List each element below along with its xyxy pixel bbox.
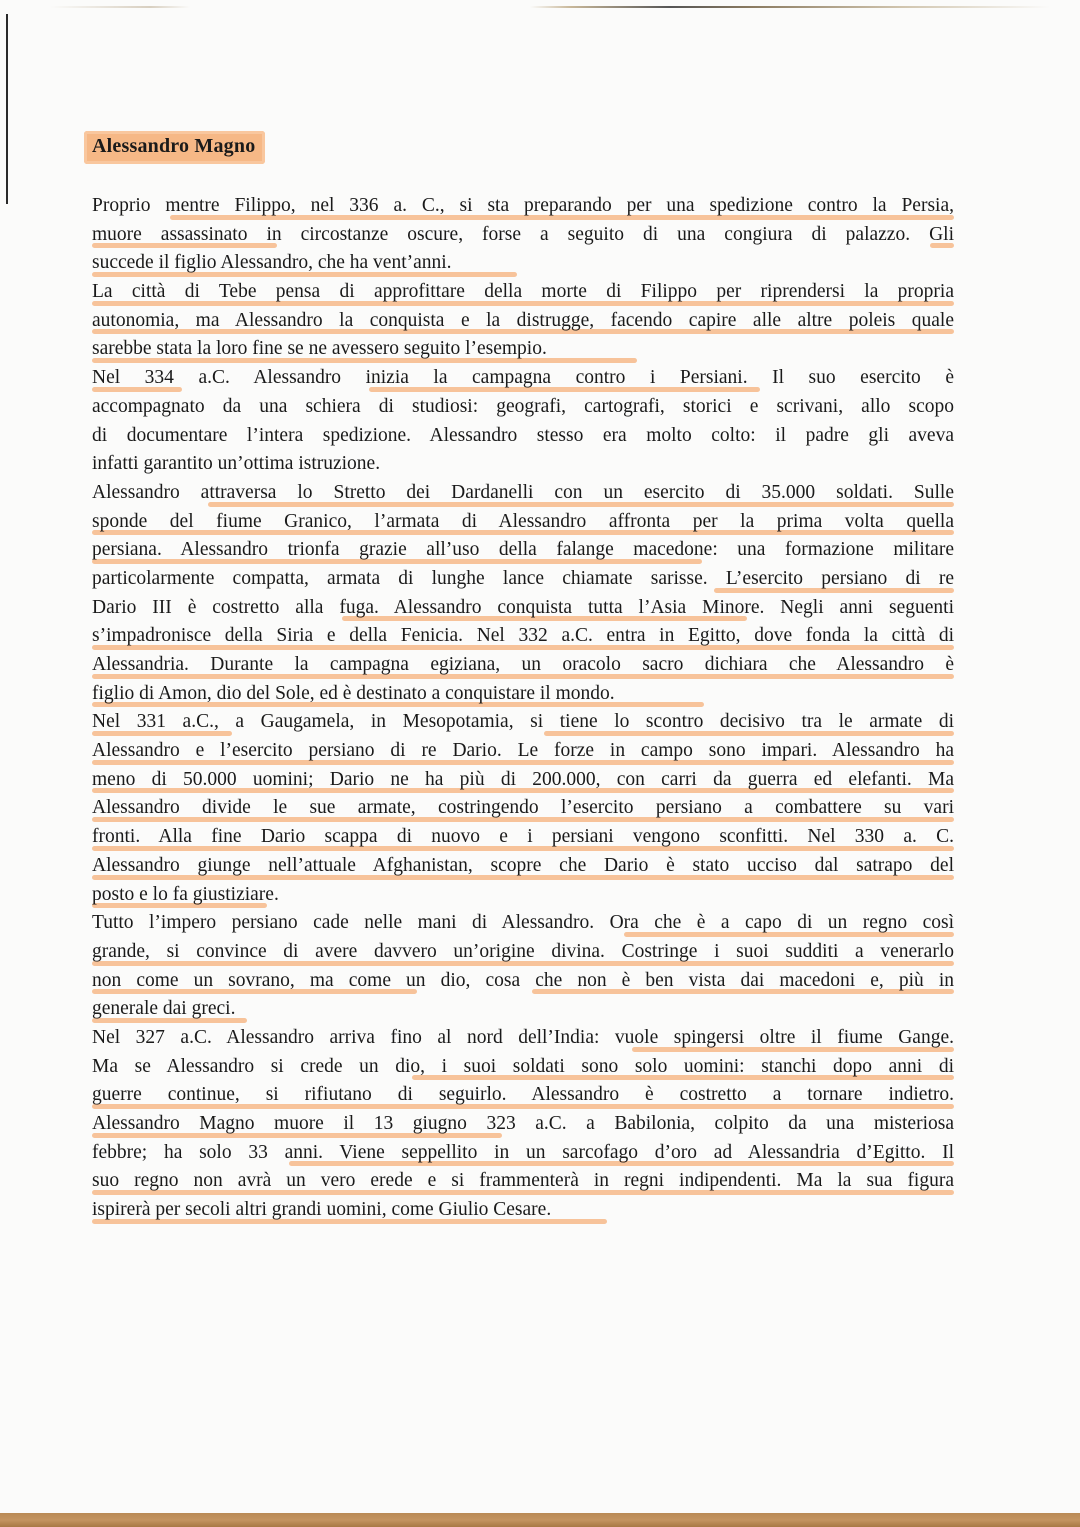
text-line: Nel 327 a.C. Alessandro arriva fino al n… <box>92 1024 954 1053</box>
text-line: guerre continue, si rifiutano di seguirl… <box>92 1081 954 1110</box>
text-line: La città di Tebe pensa di approfittare d… <box>92 278 954 307</box>
text-line: particolarmente compatta, armata di lung… <box>92 565 954 594</box>
text-line-content: Dario III è costretto alla fuga. Alessan… <box>92 594 954 623</box>
text-line: ispirerà per secoli altri grandi uomini,… <box>92 1196 954 1225</box>
text-line: febbre; ha solo 33 anni. Viene seppellit… <box>92 1139 954 1168</box>
text-line: sarebbe stata la loro fine se ne avesser… <box>92 335 954 364</box>
text-line: accompagnato da una schiera di studiosi:… <box>92 393 954 422</box>
text-line: figlio di Amon, dio del Sole, ed è desti… <box>92 680 954 709</box>
text-line: meno di 50.000 uomini; Dario ne ha più d… <box>92 766 954 795</box>
document-title: Alessandro Magno <box>84 131 265 164</box>
text-line-content: Proprio mentre Filippo, nel 336 a. C., s… <box>92 192 954 221</box>
text-line: suo regno non avrà un vero erede e si fr… <box>92 1167 954 1196</box>
text-line-content: grande, si convince di avere davvero un’… <box>92 938 954 967</box>
text-line: grande, si convince di avere davvero un’… <box>92 938 954 967</box>
text-line-content: suo regno non avrà un vero erede e si fr… <box>92 1167 954 1196</box>
text-line: posto e lo fa giustiziare. <box>92 881 954 910</box>
text-line-content: persiana. Alessandro trionfa grazie all’… <box>92 536 954 565</box>
text-line-content: s’impadronisce della Siria e della Fenic… <box>92 622 954 651</box>
text-line-content: Nel 331 a.C., a Gaugamela, in Mesopotami… <box>92 708 954 737</box>
text-line-content: ispirerà per secoli altri grandi uomini,… <box>92 1196 954 1225</box>
text-line: Ma se Alessandro si crede un dio, i suoi… <box>92 1053 954 1082</box>
document-page: Alessandro Magno Proprio mentre Filippo,… <box>0 0 1080 1527</box>
text-line-content: Alessandro attraversa lo Stretto dei Dar… <box>92 479 954 508</box>
text-line-content: Alessandro divide le sue armate, costrin… <box>92 794 954 823</box>
text-line: fronti. Alla fine Dario scappa di nuovo … <box>92 823 954 852</box>
text-line-content: Alessandro giunge nell’attuale Afghanist… <box>92 852 954 881</box>
document-body: Proprio mentre Filippo, nel 336 a. C., s… <box>92 192 954 1225</box>
page-bottom-edge <box>0 1513 1080 1527</box>
text-line-content: La città di Tebe pensa di approfittare d… <box>92 278 954 307</box>
text-line: Alessandria. Durante la campagna egizian… <box>92 651 954 680</box>
text-line: Alessandro divide le sue armate, costrin… <box>92 794 954 823</box>
text-line-content: succede il figlio Alessandro, che ha ven… <box>92 249 954 278</box>
text-line-content: Alessandro Magno muore il 13 giugno 323 … <box>92 1110 954 1139</box>
text-line-content: Alessandria. Durante la campagna egizian… <box>92 651 954 680</box>
text-line-content: generale dai greci. <box>92 995 954 1024</box>
text-line-content: posto e lo fa giustiziare. <box>92 881 954 910</box>
text-line: s’impadronisce della Siria e della Fenic… <box>92 622 954 651</box>
text-line-content: muore assassinato in circostanze oscure,… <box>92 221 954 250</box>
text-line-content: di documentare l’intera spedizione. Ales… <box>92 422 954 451</box>
text-line-content: Ma se Alessandro si crede un dio, i suoi… <box>92 1053 954 1082</box>
text-line-content: non come un sovrano, ma come un dio, cos… <box>92 967 954 996</box>
text-line-content: fronti. Alla fine Dario scappa di nuovo … <box>92 823 954 852</box>
text-line: non come un sovrano, ma come un dio, cos… <box>92 967 954 996</box>
text-line: Proprio mentre Filippo, nel 336 a. C., s… <box>92 192 954 221</box>
text-line-content: autonomia, ma Alessandro la conquista e … <box>92 307 954 336</box>
text-line-content: sarebbe stata la loro fine se ne avesser… <box>92 335 954 364</box>
text-line: Dario III è costretto alla fuga. Alessan… <box>92 594 954 623</box>
page-left-edge <box>6 14 8 204</box>
text-line: infatti garantito un’ottima istruzione. <box>92 450 954 479</box>
text-line: Alessandro e l’esercito persiano di re D… <box>92 737 954 766</box>
text-line: Alessandro Magno muore il 13 giugno 323 … <box>92 1110 954 1139</box>
text-line: Nel 334 a.C. Alessandro inizia la campag… <box>92 364 954 393</box>
page-top-edge <box>50 6 1050 8</box>
text-line: muore assassinato in circostanze oscure,… <box>92 221 954 250</box>
text-line: Alessandro attraversa lo Stretto dei Dar… <box>92 479 954 508</box>
text-line-content: guerre continue, si rifiutano di seguirl… <box>92 1081 954 1110</box>
text-line-content: febbre; ha solo 33 anni. Viene seppellit… <box>92 1139 954 1168</box>
text-line-content: infatti garantito un’ottima istruzione. <box>92 450 954 479</box>
text-line-content: sponde del fiume Granico, l’armata di Al… <box>92 508 954 537</box>
text-line: autonomia, ma Alessandro la conquista e … <box>92 307 954 336</box>
text-line: Nel 331 a.C., a Gaugamela, in Mesopotami… <box>92 708 954 737</box>
text-line-content: Nel 334 a.C. Alessandro inizia la campag… <box>92 364 954 393</box>
text-line: di documentare l’intera spedizione. Ales… <box>92 422 954 451</box>
text-line-content: figlio di Amon, dio del Sole, ed è desti… <box>92 680 954 709</box>
text-line-content: Tutto l’impero persiano cade nelle mani … <box>92 909 954 938</box>
text-line: sponde del fiume Granico, l’armata di Al… <box>92 508 954 537</box>
text-line-content: Nel 327 a.C. Alessandro arriva fino al n… <box>92 1024 954 1053</box>
text-line: generale dai greci. <box>92 995 954 1024</box>
text-line-content: particolarmente compatta, armata di lung… <box>92 565 954 594</box>
text-line-content: Alessandro e l’esercito persiano di re D… <box>92 737 954 766</box>
text-line-content: meno di 50.000 uomini; Dario ne ha più d… <box>92 766 954 795</box>
text-line-content: accompagnato da una schiera di studiosi:… <box>92 393 954 422</box>
text-line: Tutto l’impero persiano cade nelle mani … <box>92 909 954 938</box>
text-line: persiana. Alessandro trionfa grazie all’… <box>92 536 954 565</box>
text-line: succede il figlio Alessandro, che ha ven… <box>92 249 954 278</box>
text-line: Alessandro giunge nell’attuale Afghanist… <box>92 852 954 881</box>
